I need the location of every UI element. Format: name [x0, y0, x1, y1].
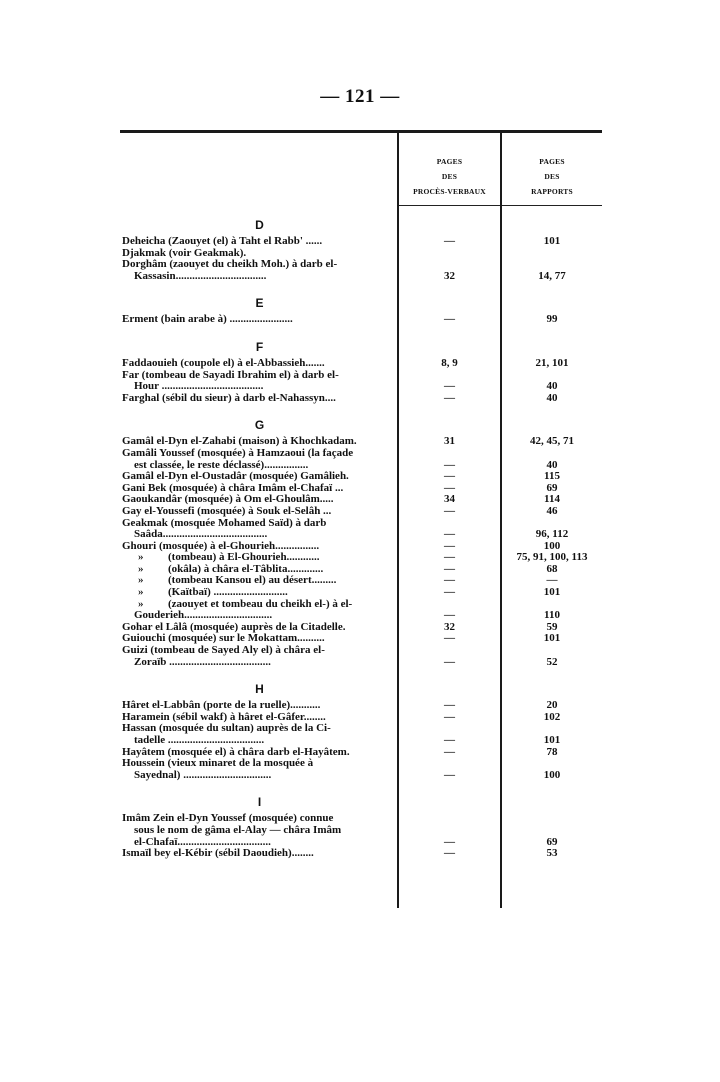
entry-line: Erment (bain arabe à) ..................… [122, 314, 396, 326]
index-entry: Imâm Zein el-Dyn Youssef (mosquée) connu… [122, 813, 602, 848]
entry-name: Erment (bain arabe à) ..................… [122, 314, 396, 326]
proces-verbaux-pages: — [399, 471, 500, 483]
rapports-pages: 115 [502, 471, 602, 483]
ditto-mark: » [122, 564, 168, 576]
rapports-pages: 96, 112 [502, 529, 602, 541]
proces-verbaux-pages: — [399, 848, 500, 860]
entry-name: Hassan (mosquée du sultan) auprès de la … [122, 723, 396, 746]
index-entry: Faddaouieh (coupole el) à el-Abbassieh..… [122, 358, 602, 370]
entry-name: Imâm Zein el-Dyn Youssef (mosquée) connu… [122, 813, 396, 848]
entry-line: Hour ...................................… [122, 381, 396, 393]
proces-verbaux-pages: — [399, 735, 500, 747]
page-number: — 121 — [0, 86, 720, 108]
entry-line: (tombeau Kansou el) au désert......... [168, 574, 336, 586]
proces-verbaux-pages: — [399, 236, 500, 248]
rapports-pages: 40 [502, 381, 602, 393]
rapports-pages: 99 [502, 314, 602, 326]
header-underline [399, 205, 500, 206]
entry-line: (okâla) à châra el-Tâblita............. [168, 563, 323, 575]
proces-verbaux-pages: 8, 9 [399, 358, 500, 370]
entry-name: Farghal (sébil du sieur) à darb el-Nahas… [122, 393, 396, 405]
rapports-pages: 42, 45, 71 [502, 436, 602, 448]
entry-line: Kassasin................................… [122, 271, 396, 283]
section-letter: G [122, 414, 397, 436]
rapports-pages: 101 [502, 587, 602, 599]
ditto-mark: » [122, 587, 168, 599]
entry-line: Gamâl el-Dyn el-Oustadâr (mosquée) Gamâl… [122, 471, 396, 483]
index-entry: Gamâl el-Dyn el-Oustadâr (mosquée) Gamâl… [122, 471, 602, 483]
column-header-line: PROCÈS-VERBAUX [399, 184, 500, 199]
column-header-rapports: PAGES DES RAPPORTS [502, 154, 602, 199]
proces-verbaux-pages: — [399, 314, 500, 326]
entry-line: Guizi (tombeau de Sayed Aly el) à châra … [122, 645, 396, 657]
index-entry: Far (tombeau de Sayadi Ibrahim el) à dar… [122, 370, 602, 393]
index-entry: Gamâli Youssef (mosquée) à Hamzaoui (la … [122, 448, 602, 471]
column-header-line: RAPPORTS [502, 184, 602, 199]
section-letter: H [122, 678, 397, 700]
index-entry: Farghal (sébil du sieur) à darb el-Nahas… [122, 393, 602, 405]
entry-line: Sayednal) ..............................… [122, 770, 396, 782]
entry-line: Deheicha (Zaouyet (el) à Taht el Rabb' .… [122, 236, 396, 248]
proces-verbaux-pages: — [399, 587, 500, 599]
entry-line: (tombeau) à El-Ghourieh............ [168, 551, 320, 563]
entry-line: Zoraïb .................................… [122, 657, 396, 669]
rapports-pages: 101 [502, 633, 602, 645]
entry-line: Faddaouieh (coupole el) à el-Abbassieh..… [122, 358, 396, 370]
proces-verbaux-pages: — [399, 633, 500, 645]
column-header-line: PAGES [399, 154, 500, 169]
rapports-pages: 102 [502, 712, 602, 724]
entry-name: Gamâl el-Dyn el-Oustadâr (mosquée) Gamâl… [122, 471, 396, 483]
entry-name: Far (tombeau de Sayadi Ibrahim el) à dar… [122, 370, 396, 393]
entry-line: Ismaïl bey el-Kébir (sébil Daoudieh)....… [122, 848, 396, 860]
index-list: DDeheicha (Zaouyet (el) à Taht el Rabb' … [122, 214, 602, 860]
entry-line: Farghal (sébil du sieur) à darb el-Nahas… [122, 393, 396, 405]
section-letter: E [122, 292, 397, 314]
proces-verbaux-pages: — [399, 381, 500, 393]
index-entry: Dorghâm (zaouyet du cheikh Moh.) à darb … [122, 259, 602, 282]
entry-line: Gay el-Youssefi (mosquée) à Souk el-Selâ… [122, 506, 396, 518]
column-header-line: DES [502, 169, 602, 184]
rapports-pages: 21, 101 [502, 358, 602, 370]
section-letter: I [122, 791, 397, 813]
entry-line: (zaouyet et tombeau du cheikh el-) à el- [168, 598, 352, 610]
proces-verbaux-pages: — [399, 529, 500, 541]
index-entry: Ismaïl bey el-Kébir (sébil Daoudieh)....… [122, 848, 602, 860]
entry-name: Faddaouieh (coupole el) à el-Abbassieh..… [122, 358, 396, 370]
index-entry: Gay el-Youssefi (mosquée) à Souk el-Selâ… [122, 506, 602, 518]
entry-name: Dorghâm (zaouyet du cheikh Moh.) à darb … [122, 259, 396, 282]
section-letter: F [122, 336, 397, 358]
entry-name: Guizi (tombeau de Sayed Aly el) à châra … [122, 645, 396, 668]
header-underline [502, 205, 602, 206]
index-entry: Guizi (tombeau de Sayed Aly el) à châra … [122, 645, 602, 668]
column-header-line: DES [399, 169, 500, 184]
entry-name: Houssein (vieux minaret de la mosquée àS… [122, 758, 396, 781]
rapports-pages: 53 [502, 848, 602, 860]
entry-name: Geakmak (mosquée Mohamed Saïd) à darbSaâ… [122, 518, 396, 541]
entry-name: Gay el-Youssefi (mosquée) à Souk el-Selâ… [122, 506, 396, 518]
entry-line: Gamâli Youssef (mosquée) à Hamzaoui (la … [122, 448, 396, 460]
rapports-pages: 78 [502, 747, 602, 759]
entry-name: »(zaouyet et tombeau du cheikh el-) à el… [122, 599, 396, 622]
rapports-pages: 101 [502, 236, 602, 248]
index-entry: »(zaouyet et tombeau du cheikh el-) à el… [122, 599, 602, 622]
rapports-pages: 40 [502, 393, 602, 405]
entry-line: (Kaïtbaï) ........................... [168, 586, 288, 598]
index-entry: Hassan (mosquée du sultan) auprès de la … [122, 723, 602, 746]
entry-line: tadelle ................................… [122, 735, 396, 747]
proces-verbaux-pages: — [399, 506, 500, 518]
entry-name: Ismaïl bey el-Kébir (sébil Daoudieh)....… [122, 848, 396, 860]
entry-line: Saâda...................................… [122, 529, 396, 541]
entry-name: Gamâli Youssef (mosquée) à Hamzaoui (la … [122, 448, 396, 471]
proces-verbaux-pages: — [399, 747, 500, 759]
entry-name: Deheicha (Zaouyet (el) à Taht el Rabb' .… [122, 236, 396, 248]
rapports-pages: 14, 77 [502, 271, 602, 283]
rapports-pages: 52 [502, 657, 602, 669]
proces-verbaux-pages: — [399, 712, 500, 724]
proces-verbaux-pages: — [399, 770, 500, 782]
proces-verbaux-pages: 31 [399, 436, 500, 448]
index-entry: Erment (bain arabe à) ..................… [122, 314, 602, 326]
ditto-mark: » [122, 575, 168, 587]
index-entry: Houssein (vieux minaret de la mosquée àS… [122, 758, 602, 781]
proces-verbaux-pages: — [399, 393, 500, 405]
proces-verbaux-pages: 32 [399, 271, 500, 283]
rapports-pages: 46 [502, 506, 602, 518]
rapports-pages: 100 [502, 770, 602, 782]
section-letter: D [122, 214, 397, 236]
index-entry: Deheicha (Zaouyet (el) à Taht el Rabb' .… [122, 236, 602, 248]
column-header-line: PAGES [502, 154, 602, 169]
entry-line: sous le nom de gâma el-Alay — châra Imâm [122, 825, 396, 837]
ditto-mark: » [122, 552, 168, 564]
index-entry: Geakmak (mosquée Mohamed Saïd) à darbSaâ… [122, 518, 602, 541]
proces-verbaux-pages: — [399, 657, 500, 669]
column-header-proces-verbaux: PAGES DES PROCÈS-VERBAUX [399, 154, 500, 199]
rapports-pages: 101 [502, 735, 602, 747]
top-rule [120, 130, 602, 133]
